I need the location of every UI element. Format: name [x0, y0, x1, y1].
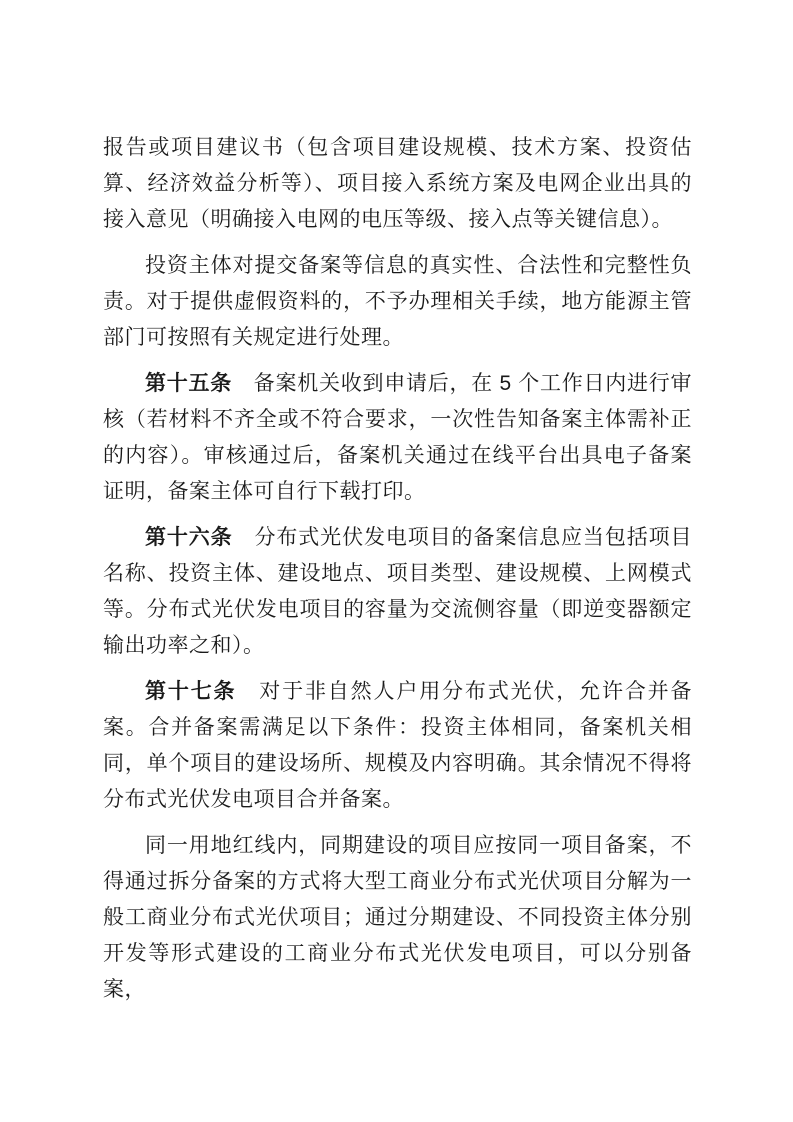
paragraph-article-15: 第十五条 备案机关收到申请后，在 5 个工作日内进行审核（若材料不齐全或不符合要…	[103, 366, 692, 510]
document-page: 报告或项目建议书（包含项目建设规模、技术方案、投资估算、经济效益分析等）、项目接…	[0, 0, 793, 1122]
paragraph-article-17: 第十七条 对于非自然人户用分布式光伏，允许合并备案。合并备案需满足以下条件：投资…	[103, 674, 692, 818]
continuation-paragraph: 报告或项目建议书（包含项目建设规模、技术方案、投资估算、经济效益分析等）、项目接…	[103, 130, 692, 238]
paragraph-text: 投资主体对提交备案等信息的真实性、合法性和完整性负责。对于提供虚假资料的，不予办…	[103, 254, 692, 349]
article-number: 第十七条	[145, 680, 236, 703]
paragraph-responsibility: 投资主体对提交备案等信息的真实性、合法性和完整性负责。对于提供虚假资料的，不予办…	[103, 248, 692, 356]
paragraph-text: 同一用地红线内，同期建设的项目应按同一项目备案，不得通过拆分备案的方式将大型工商…	[103, 834, 692, 1001]
article-number: 第十六条	[145, 526, 233, 549]
paragraph-article-16: 第十六条 分布式光伏发电项目的备案信息应当包括项目名称、投资主体、建设地点、项目…	[103, 520, 692, 664]
article-number: 第十五条	[145, 372, 232, 395]
document-content: 报告或项目建议书（包含项目建设规模、技术方案、投资估算、经济效益分析等）、项目接…	[103, 130, 692, 1018]
paragraph-same-red-line: 同一用地红线内，同期建设的项目应按同一项目备案，不得通过拆分备案的方式将大型工商…	[103, 828, 692, 1008]
paragraph-text: 报告或项目建议书（包含项目建设规模、技术方案、投资估算、经济效益分析等）、项目接…	[103, 136, 692, 231]
